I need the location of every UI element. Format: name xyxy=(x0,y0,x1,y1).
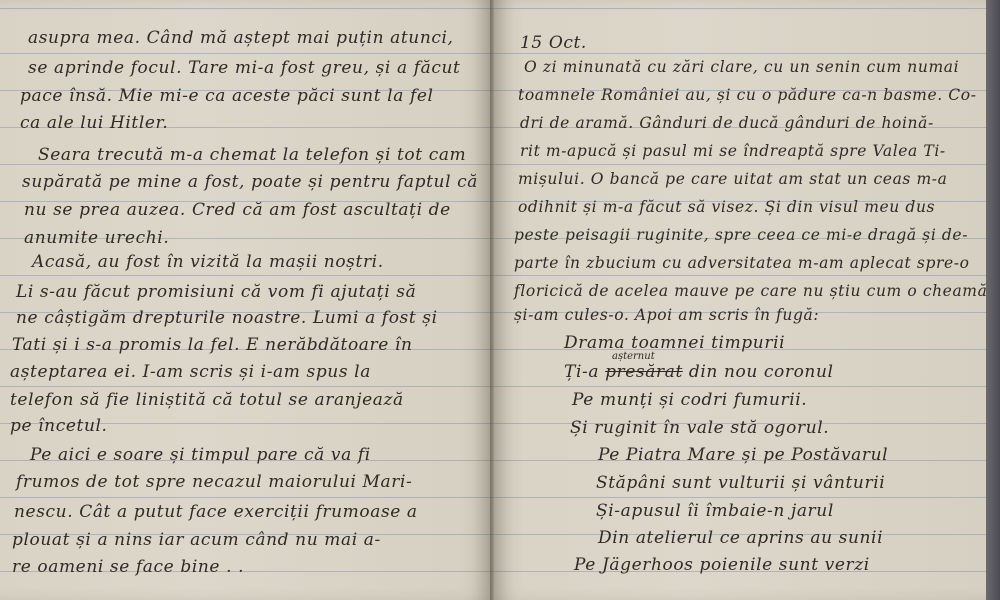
text-line: parte în zbucium cu adversitatea m-am ap… xyxy=(514,254,970,272)
text-line: supărată pe mine a fost, poate și pentru… xyxy=(22,172,478,192)
poem-insertion: așternut xyxy=(612,351,655,362)
poem-line: Pe Jägerhoos poienile sunt verzi xyxy=(574,555,870,575)
left-page-text: asupra mea. Când mă aștept mai puțin atu… xyxy=(0,0,492,600)
notebook-edge xyxy=(986,0,1000,600)
text-line: telefon să fie liniștită că totul se ara… xyxy=(10,390,404,410)
poem-line: Pe Piatra Mare și pe Postăvarul xyxy=(598,445,888,465)
text-line: Tati și i s-a promis la fel. E nerăbdăto… xyxy=(12,335,413,355)
poem-line: Pe munți și codri fumurii. xyxy=(572,390,807,410)
poem-line-suffix: din nou coronul xyxy=(683,362,834,382)
text-line: peste peisagii ruginite, spre ceea ce mi… xyxy=(514,226,968,244)
text-line: anumite urechi. xyxy=(24,228,169,248)
poem-line: Și-apusul îi îmbaie-n jarul xyxy=(596,501,834,521)
text-line: Seara trecută m-a chemat la telefon și t… xyxy=(38,145,466,165)
poem-line: Stăpâni sunt vulturii și vânturii xyxy=(596,473,885,493)
book-gutter xyxy=(490,0,494,600)
text-line: frumos de tot spre necazul maiorului Mar… xyxy=(16,472,412,492)
text-line: floricică de acelea mauve pe care nu ști… xyxy=(514,282,986,300)
poem-line: Din atelierul ce aprins au sunii xyxy=(598,528,883,548)
text-line: Acasă, au fost în vizită la mașii noștri… xyxy=(32,252,384,272)
text-line: se aprinde focul. Tare mi-a fost greu, ș… xyxy=(28,58,460,78)
text-line: Li s-au făcut promisiuni că vom fi ajuta… xyxy=(16,282,416,302)
text-line: dri de aramă. Gânduri de ducă gânduri de… xyxy=(520,114,934,132)
text-line: ne câștigăm drepturile noastre. Lumi a f… xyxy=(16,308,438,328)
text-line: rit m-apucă și pasul mi se îndreaptă spr… xyxy=(520,142,946,160)
text-line: plouat și a nins iar acum când nu mai a- xyxy=(12,530,381,550)
text-line: nescu. Cât a putut face exerciții frumoa… xyxy=(14,502,418,522)
text-line: toamnele României au, și cu o pădure ca-… xyxy=(518,86,977,104)
text-line: așteptarea ei. I-am scris și i-am spus l… xyxy=(10,362,371,382)
poem-line: Drama toamnei timpurii xyxy=(564,333,785,353)
text-line: pe încetul. xyxy=(10,416,108,436)
text-line: odihnit și m-a făcut să visez. Și din vi… xyxy=(518,198,935,216)
text-line: pace însă. Mie mi-e ca aceste păci sunt … xyxy=(20,86,434,106)
diary-date: 15 Oct. xyxy=(520,33,587,53)
poem-line: Ți-a presărat din nou coronul xyxy=(564,362,834,382)
left-page: asupra mea. Când mă aștept mai puțin atu… xyxy=(0,0,492,600)
notebook-spread: asupra mea. Când mă aștept mai puțin atu… xyxy=(0,0,1000,600)
poem-line-prefix: Ți-a xyxy=(564,362,605,382)
text-line: mișului. O bancă pe care uitat am stat u… xyxy=(518,170,947,188)
text-line: O zi minunată cu zări clare, cu un senin… xyxy=(524,58,959,76)
struck-word: presărat xyxy=(605,362,683,382)
right-page: 15 Oct. O zi minunată cu zări clare, cu … xyxy=(492,0,986,600)
right-page-text: 15 Oct. O zi minunată cu zări clare, cu … xyxy=(492,0,986,600)
text-line: Pe aici e soare și timpul pare că va fi xyxy=(30,445,371,465)
poem-line: Și ruginit în vale stă ogorul. xyxy=(570,418,829,438)
text-line: asupra mea. Când mă aștept mai puțin atu… xyxy=(28,28,454,48)
text-line: ca ale lui Hitler. xyxy=(20,113,168,133)
text-line: și-am cules-o. Apoi am scris în fugă: xyxy=(514,306,819,324)
text-line: nu se prea auzea. Cred că am fost ascult… xyxy=(24,200,451,220)
text-line: re oameni se face bine . . xyxy=(12,557,244,577)
